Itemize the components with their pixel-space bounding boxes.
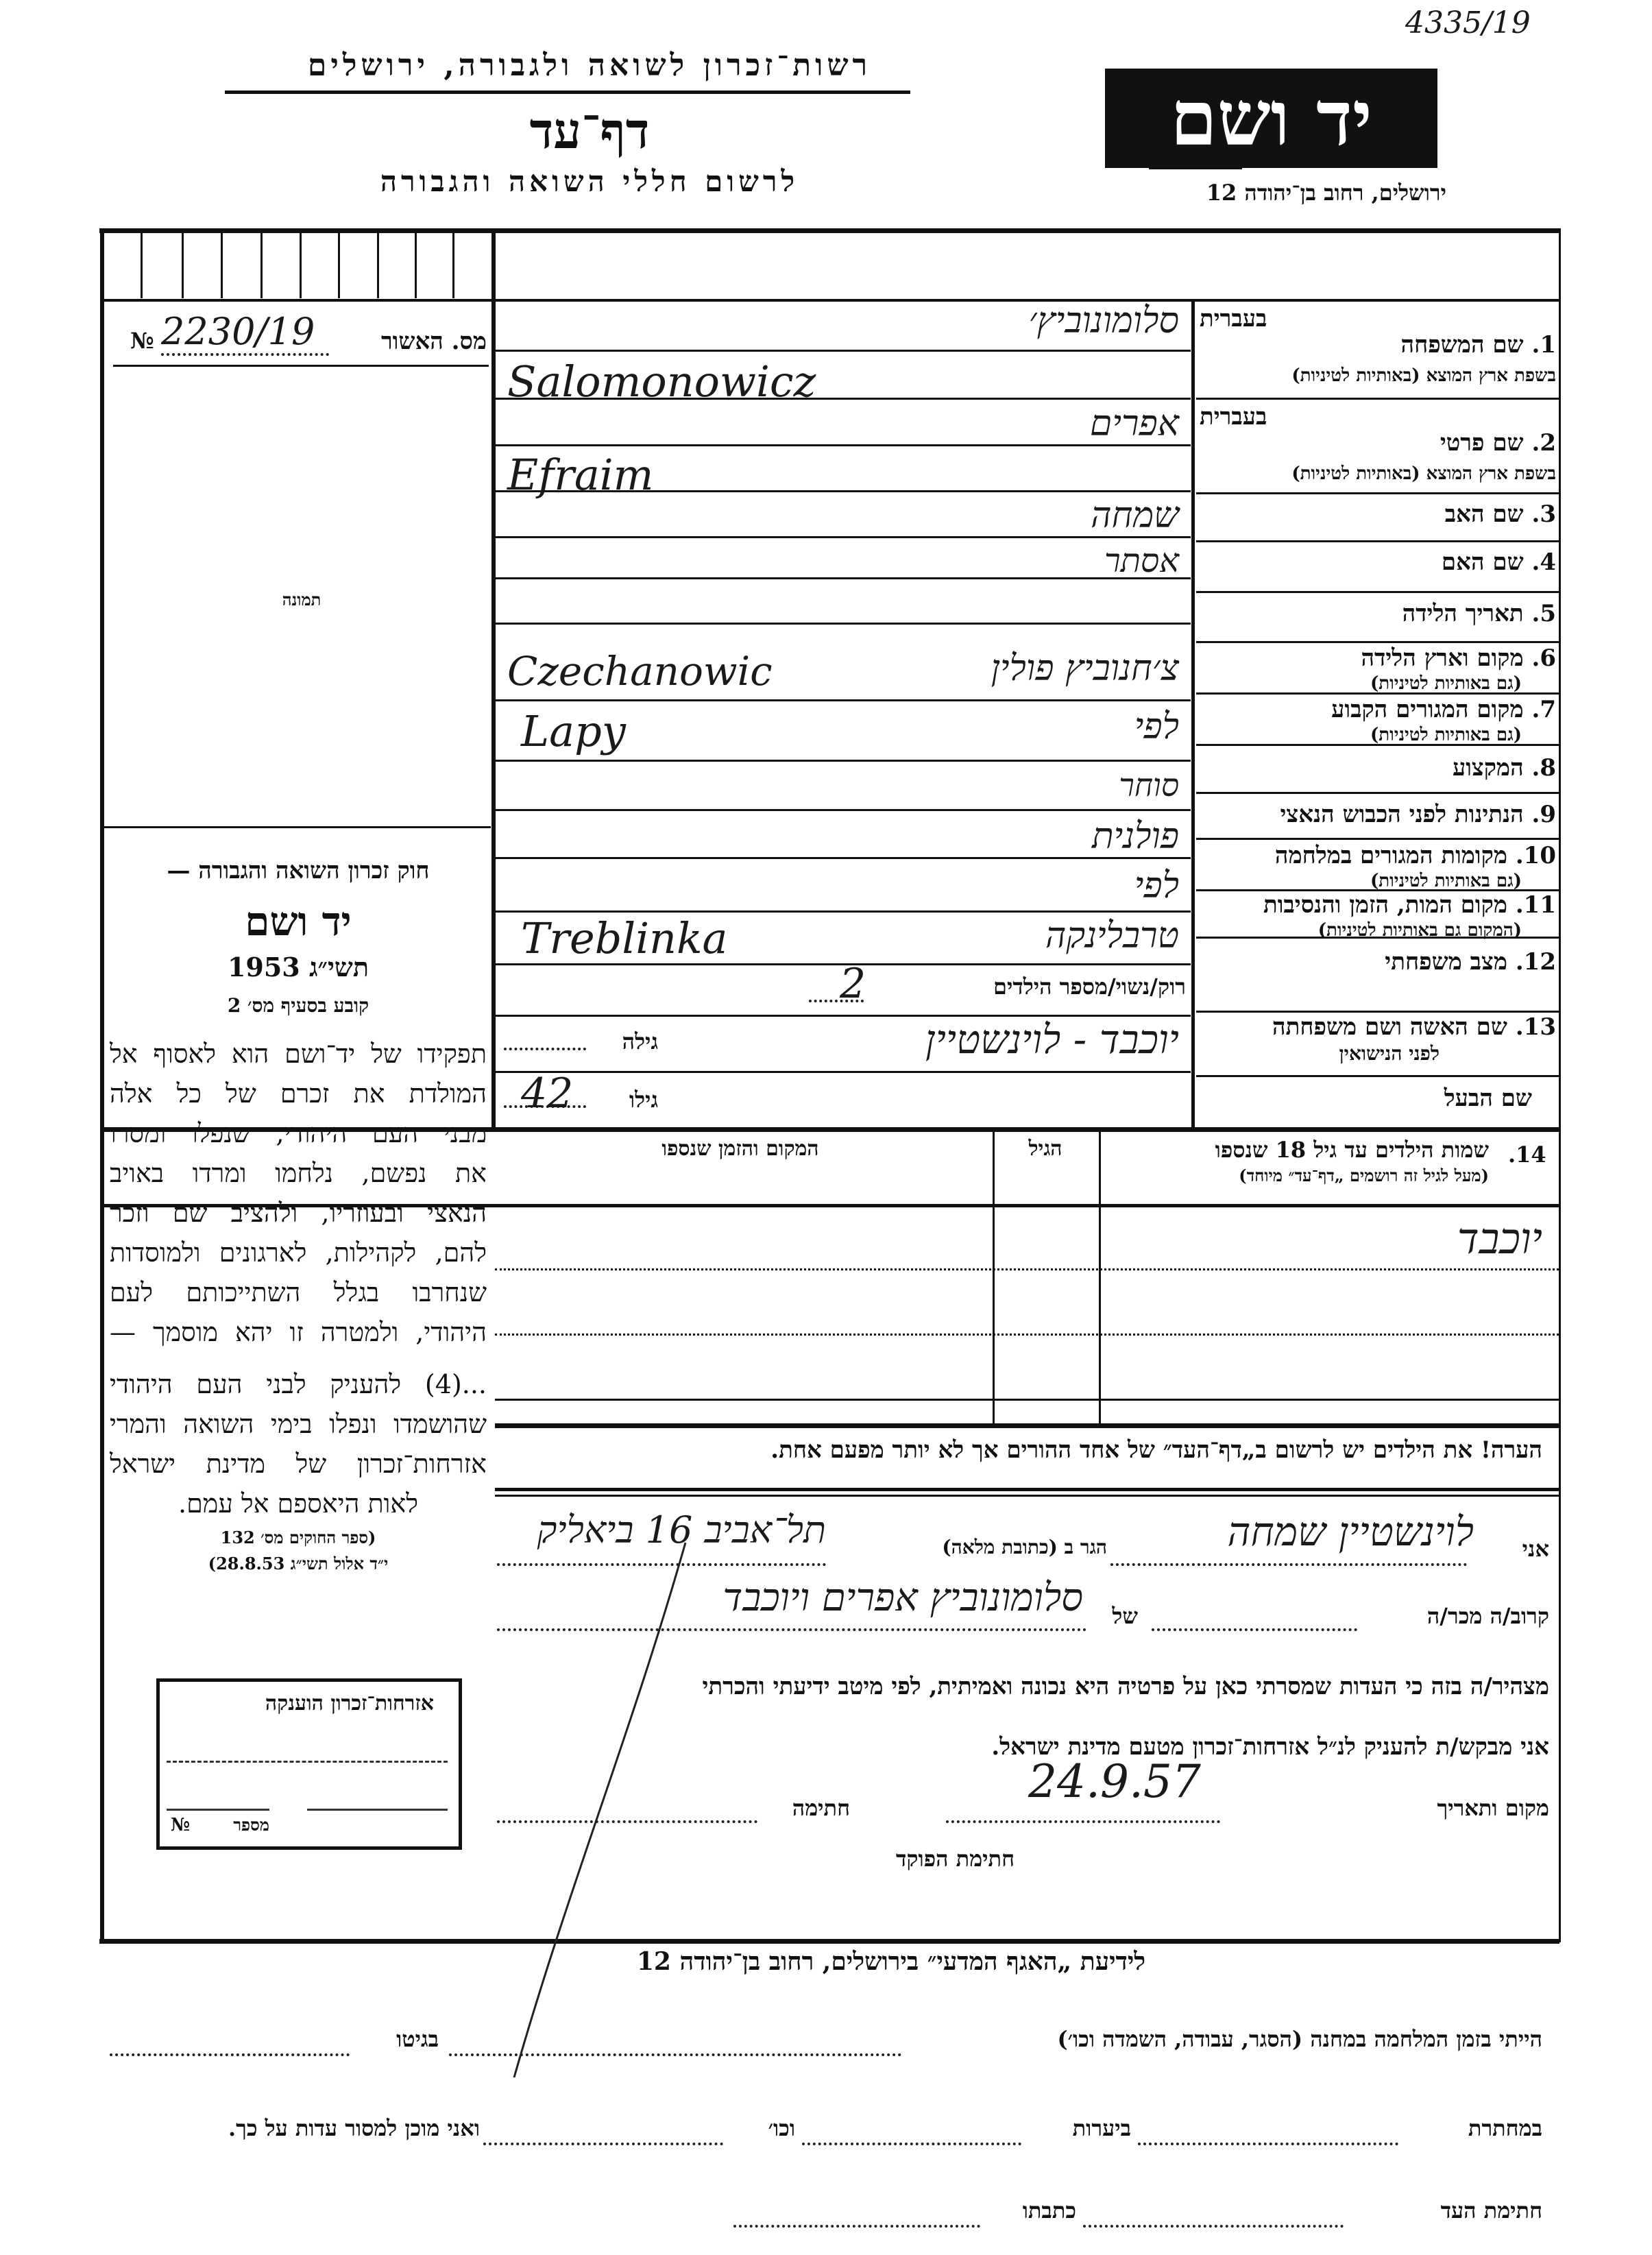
children-col-place: המקום והזמן שנספו <box>500 1137 980 1161</box>
field-2: בעברית 2. שם פרטי בשפת ארץ המוצא (באותיו… <box>1200 403 1556 492</box>
etc-dots <box>483 2143 723 2145</box>
form-subtitle: לרשום חללי השואה והגבורה <box>247 165 932 199</box>
law-line: תפקידו של יד־ושם הוא לאסוף אל <box>110 1034 487 1074</box>
decl-of-label: של <box>1097 1603 1138 1629</box>
law-line: את נפשם, נלחמו ומרדו באויב <box>110 1153 487 1193</box>
field-2-label: 2. שם פרטי <box>1440 429 1556 457</box>
row-rule <box>495 536 1191 538</box>
row-rule <box>495 857 1191 859</box>
grid-divider <box>182 233 184 298</box>
decl-i-label: אני <box>1474 1536 1549 1562</box>
decl-place-date-value[interactable]: 24.9.57 <box>1028 1755 1201 1808</box>
law-line: לאות היאספם אל עמם. <box>110 1484 487 1523</box>
approval-number: 2230/19 <box>161 310 315 353</box>
label-column-divider <box>1191 302 1195 1131</box>
grid-divider <box>260 233 263 298</box>
first-name-hebrew-value[interactable]: אפרים <box>864 403 1179 444</box>
law-paragraph-2: ...(4) להעניק לבני העם היהודי שהושמדו ונ… <box>110 1364 487 1523</box>
approval-dots <box>161 353 329 356</box>
underground-dots <box>1138 2143 1398 2145</box>
children-header-sub: (מעל לגיל זה רושמים „דף־עד״ מיוחד) <box>1105 1166 1489 1186</box>
field-4-label: 4. שם האם <box>1442 548 1556 576</box>
field-3-label: 3. שם האב <box>1445 501 1556 528</box>
frame-top <box>99 228 1559 233</box>
photo-bottom-rule <box>103 826 491 828</box>
row-rule <box>495 1071 1191 1073</box>
children-row-rule <box>495 1334 1559 1336</box>
children-col-divider <box>993 1131 995 1426</box>
row-rule <box>1196 492 1559 494</box>
row-rule <box>1196 792 1559 794</box>
children-col-age: הגיל <box>1001 1137 1090 1161</box>
nationality-value[interactable]: פולנית <box>960 816 1179 857</box>
law-line: המולדת את זכרם של כל אלה <box>110 1074 487 1113</box>
husband-name-label: שם הבעל <box>1444 1085 1532 1112</box>
forests-dots <box>802 2143 1021 2145</box>
mother-name-value[interactable]: אסתר <box>864 542 1179 580</box>
citizenship-line <box>167 1809 269 1811</box>
wife-name-value[interactable]: יוכבד - לוינשטיין <box>685 1016 1179 1063</box>
grid-bottom-rule <box>103 299 1559 302</box>
law-line: שנחרבו בגלל השתייכותם לעם <box>110 1273 487 1312</box>
father-name-value[interactable]: שמחה <box>864 495 1179 536</box>
marital-inline-label: רוק/נשוי/מספר הילדים <box>864 974 1186 1000</box>
field-12-label: 12. מצב משפחתי <box>1385 948 1556 976</box>
death-place-hebrew-value[interactable]: טרבלינקה <box>891 915 1179 956</box>
note-text: הערה! את הילדים יש לרשום ב„דף־העד״ של אח… <box>507 1436 1542 1464</box>
bottom-line3-address: כתבתו <box>987 2197 1076 2223</box>
children-table-top <box>103 1127 1559 1132</box>
surname-hebrew-value[interactable]: סלומונוביץ׳ <box>864 300 1179 341</box>
field-5-label: 5. תאריך הלידה <box>1402 600 1556 627</box>
wife-age-dots <box>504 1048 586 1050</box>
header-rule <box>225 91 910 94</box>
pen-stroke-decoration <box>343 1529 699 2091</box>
decl-relation-label: קרוב/ה מכר/ה <box>1371 1603 1549 1629</box>
bottom-line2-etc: וכו׳ <box>733 2115 795 2141</box>
note-rule-bottom <box>495 1488 1559 1491</box>
surname-latin-value[interactable]: Salomonowicz <box>507 357 816 407</box>
law-heading: חוק זכרון השואה והגבורה — <box>110 857 487 884</box>
wife-age-label: גילה <box>590 1028 658 1054</box>
grid-divider <box>452 233 454 298</box>
field-2-number: 2. <box>1531 429 1556 457</box>
field-11-sub: (המקום גם באותיות לטיניות) <box>1318 920 1522 941</box>
row-rule <box>1196 398 1559 400</box>
field-2-hebrew-tag: בעברית <box>1200 403 1267 431</box>
children-count-value[interactable]: 2 <box>840 960 866 1008</box>
field-6-sub: (גם באותיות לטיניות) <box>1370 673 1522 694</box>
birthplace-latin-value[interactable]: Czechanowic <box>507 648 773 695</box>
approval-rule <box>113 365 489 367</box>
grid-divider <box>415 233 417 298</box>
law-line: ...(4) להעניק לבני העם היהודי <box>110 1364 487 1404</box>
note-rule-bottom-2 <box>495 1495 1559 1497</box>
archive-number: 4335/19 <box>1405 5 1531 40</box>
field-10-sub: (גם באותיות לטיניות) <box>1370 871 1522 891</box>
field-1-label-text: שם המשפחה <box>1401 331 1524 359</box>
logo-address: ירושלים, רחוב בן־יהודה 12 <box>1138 180 1446 206</box>
grid-divider <box>300 233 302 298</box>
bottom-line2-forests: ביערות <box>1028 2115 1131 2141</box>
bottom-line3-witness-signature: חתימת העד <box>1350 2197 1542 2223</box>
children-col-divider <box>1099 1131 1101 1426</box>
row-rule <box>495 623 1191 625</box>
org-line: רשות־זכרון לשואה ולגבורה, ירושלים <box>247 48 932 83</box>
left-column-divider <box>491 233 496 1131</box>
decl-signature-label: חתימה <box>768 1795 850 1821</box>
field-2-label-text: שם פרטי <box>1440 429 1524 457</box>
field-1-hebrew-tag: בעברית <box>1200 305 1267 333</box>
children-row-rule <box>495 1399 1559 1401</box>
bottom-line2-ready: ואני מוכן למסור עדות על כך. <box>110 2115 480 2141</box>
husband-age-label: גילו <box>590 1087 658 1113</box>
field-11-label: 11. מקום המות, הזמן והנסיבות <box>1263 891 1556 919</box>
wartime-residence-value[interactable]: לפי <box>960 865 1179 906</box>
grid-divider <box>221 233 223 298</box>
law-line: מבני העם היהודי, שנפלו ומסרו <box>110 1113 487 1153</box>
citizenship-number-label: מספר <box>201 1815 269 1835</box>
row-rule <box>1196 540 1559 542</box>
grid-divider <box>141 233 143 298</box>
witness-address-dots <box>733 2225 980 2228</box>
row-rule <box>495 809 1191 811</box>
decl-residing-label: הגר ב (כתובת מלאה) <box>833 1536 1107 1559</box>
first-name-latin-value[interactable]: Efraim <box>507 450 653 500</box>
law-year: תשי״ג 1953 <box>110 952 487 983</box>
birthplace-hebrew-value[interactable]: צ׳חנוביץ פולין <box>877 648 1179 689</box>
death-place-latin-value[interactable]: Treblinka <box>521 913 728 963</box>
occupation-value[interactable]: סוחר <box>1015 767 1179 804</box>
row-rule <box>1196 1075 1559 1077</box>
row-rule <box>495 350 1191 352</box>
decl-place-date-label: מקום ותאריך <box>1371 1795 1549 1821</box>
decl-name-dots <box>1110 1563 1467 1566</box>
approval-label: מס. האשור <box>322 328 487 355</box>
children-number: 14. <box>1508 1142 1546 1168</box>
field-10-label: 10. מקומות המגורים במלחמה <box>1275 842 1556 869</box>
residence-hebrew-value[interactable]: לפי <box>1015 706 1179 747</box>
row-rule <box>1196 838 1559 840</box>
form-title: דף־עד <box>247 101 932 160</box>
field-8-label: 8. המקצוע <box>1453 754 1556 782</box>
approval-no-symbol: № <box>130 328 154 354</box>
bottom-line1-camp: הייתי בזמן המלחמה במחנה (הסגר, עבודה, הש… <box>912 2026 1542 2052</box>
field-7-label: 7. מקום המגורים הקבוע <box>1331 696 1556 723</box>
field-2-sub: בשפת ארץ המוצא (באותיות לטיניות) <box>1291 463 1556 484</box>
decl-relation-dots <box>1152 1628 1357 1631</box>
husband-age-value[interactable]: 42 <box>521 1070 573 1118</box>
law-box: חוק זכרון השואה והגבורה — יד ושם תשי״ג 1… <box>110 857 487 1574</box>
field-1-number: 1. <box>1531 331 1556 359</box>
field-13-sub: לפני הנישואין <box>1339 1042 1440 1065</box>
logo-text: יד ושם <box>1105 69 1437 168</box>
field-13-label: 13. שם האשה ושם משפחתה <box>1272 1013 1556 1041</box>
field-7-sub: (גם באותיות לטיניות) <box>1370 725 1522 745</box>
citizenship-no-symbol: № <box>171 1815 190 1835</box>
row-rule <box>1196 1011 1559 1013</box>
row-rule <box>495 760 1191 762</box>
note-rule-top <box>495 1423 1559 1428</box>
grid-divider <box>338 233 340 298</box>
children-header: שמות הילדים עד גיל 18 שנספו <box>1105 1137 1489 1163</box>
law-line: שהושמדו ונפלו בימי השואה והמרי <box>110 1404 487 1444</box>
row-rule <box>495 444 1191 446</box>
law-paragraph-1: תפקידו של יד־ושם הוא לאסוף אל המולדת את … <box>110 1034 487 1352</box>
photo-label: תמונה <box>260 590 343 610</box>
row-rule <box>1196 641 1559 643</box>
law-line: היהודי, ולמטרה זו יהא מוסמך — <box>110 1312 487 1352</box>
field-1: בעברית 1. שם המשפחה בשפת ארץ המוצא (באות… <box>1200 305 1556 394</box>
residence-latin-value[interactable]: Lapy <box>521 706 626 756</box>
children-header-rule <box>103 1204 1559 1207</box>
officer-signature-label: חתימת הפוקד <box>823 1846 1015 1872</box>
row-rule <box>1196 591 1559 593</box>
frame-right <box>1559 228 1561 1942</box>
row-rule <box>495 911 1191 913</box>
law-line: להם, לקהילות, לארגונים ולמוסדות <box>110 1233 487 1273</box>
law-section: קובע בסעיף מס׳ 2 <box>110 994 487 1017</box>
grid-divider <box>377 233 379 298</box>
law-name: יד ושם <box>110 898 487 945</box>
decl-name-value[interactable]: לוינשטיין שמחה <box>1117 1508 1474 1555</box>
child-name-value[interactable]: יוכבד <box>1110 1214 1542 1264</box>
children-row-rule <box>495 1268 1559 1270</box>
frame-left <box>100 228 104 1942</box>
field-1-sub: בשפת ארץ המוצא (באותיות לטיניות) <box>1291 365 1556 386</box>
field-6-label: 6. מקום וארץ הלידה <box>1361 644 1556 672</box>
frame-bottom <box>99 1939 1559 1944</box>
decl-place-date-dots <box>946 1820 1220 1823</box>
law-line: אזרחות־זכרון של מדינת ישראל <box>110 1444 487 1484</box>
bottom-line2-underground: במחתרת <box>1405 2115 1542 2141</box>
law-line: הנאצי ובעוזריו, ולהציב שם וזכר <box>110 1193 487 1233</box>
witness-signature-dots <box>1083 2225 1344 2228</box>
row-rule <box>495 699 1191 701</box>
field-1-label: 1. שם המשפחה <box>1401 331 1556 359</box>
ghetto-dots <box>110 2053 350 2056</box>
field-9-label: 9. הנתינות לפני הכבוש הנאצי <box>1280 801 1557 828</box>
